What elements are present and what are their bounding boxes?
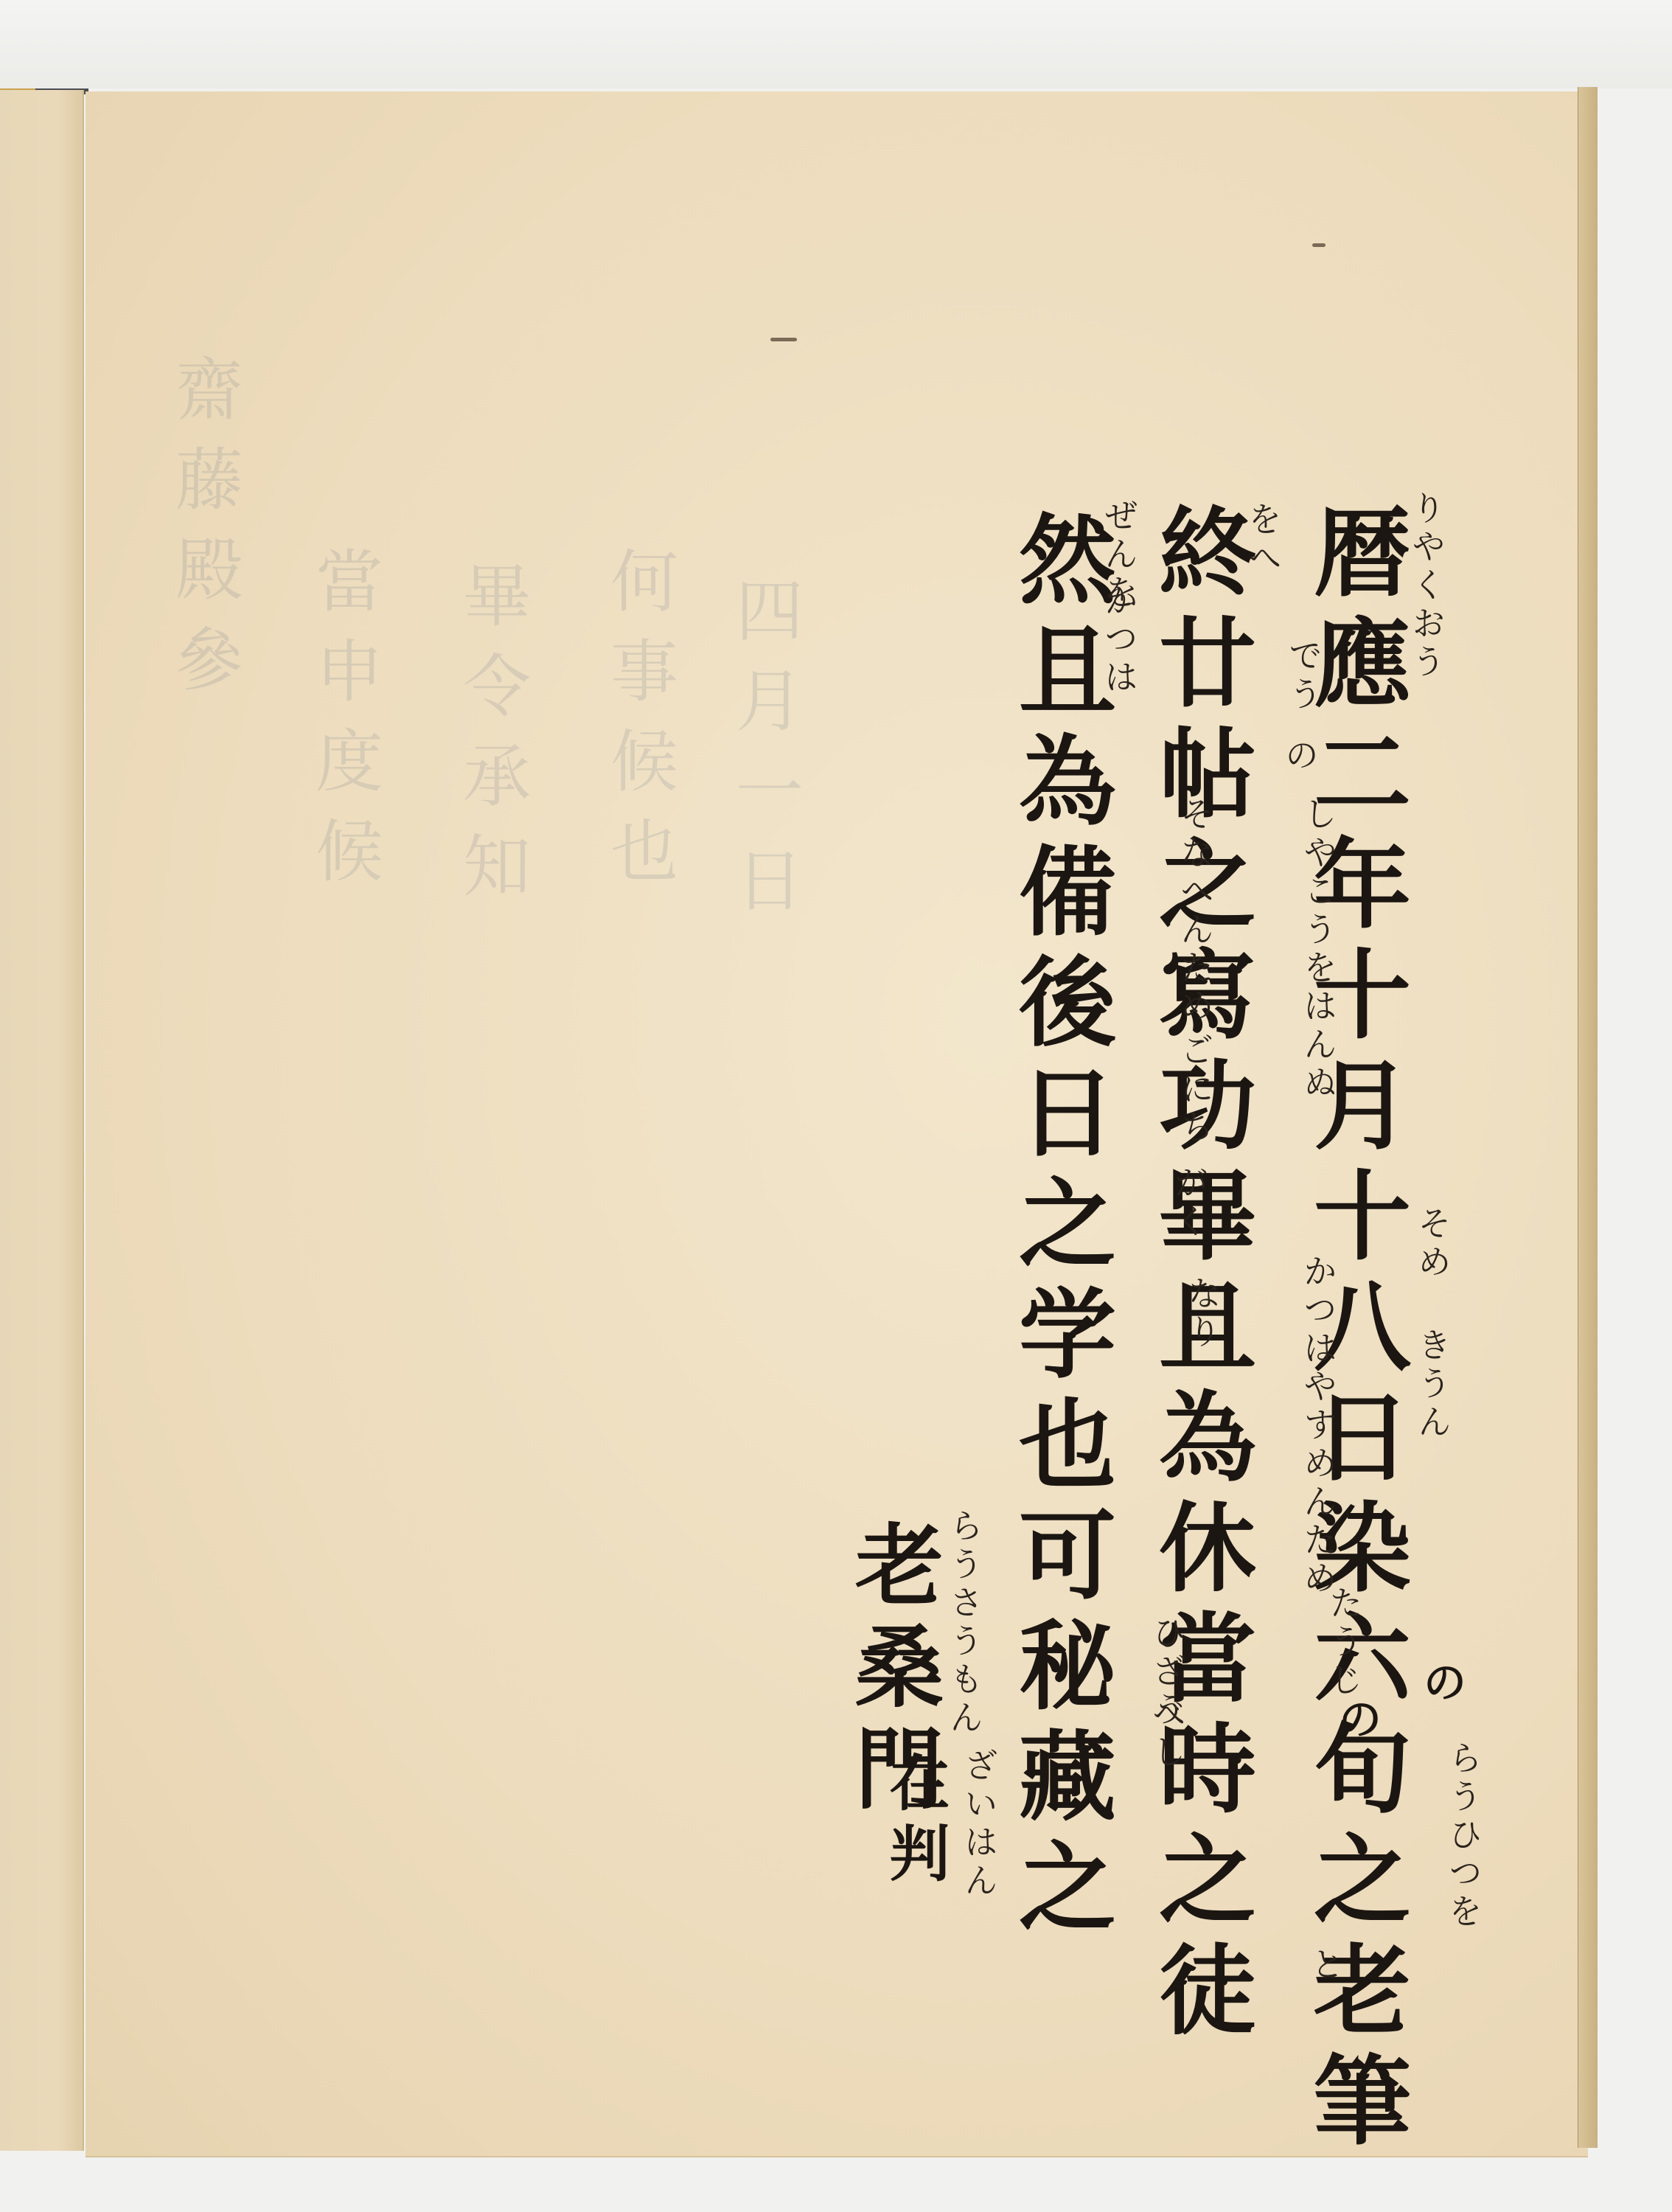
furigana-column-1-no: の [1419, 1659, 1463, 1714]
furigana-column-2-touji: たうじ [1327, 1585, 1361, 1700]
furigana-column-1-roppitsu: らうひつを [1446, 1740, 1480, 1932]
bleed-through-column: 畢令承知 [457, 560, 525, 920]
bleed-through-column: 齋藤殿參 [170, 354, 237, 714]
furigana-column-1-top: りやくおう [1410, 490, 1443, 682]
furigana-column-3-gonichi: ごにち [1178, 1032, 1212, 1147]
furigana-column-3-katsu: かつは [1102, 582, 1136, 698]
furigana-column-2-to: と [1309, 1947, 1342, 1985]
left-page-edge [0, 90, 84, 2151]
colophon-column-3: 然且為備後日之学也可秘藏之 [1010, 509, 1107, 1947]
furigana-column-2-jou: でう [1286, 638, 1320, 714]
furigana-column-2-yasumen: かつはやすめんため [1301, 1253, 1335, 1599]
photo-backdrop [0, 0, 1672, 88]
furigana-column-2-no: の [1283, 737, 1317, 776]
bleed-through-column: 何事候也 [605, 546, 672, 905]
furigana-column-3-nari: なり [1185, 1276, 1219, 1352]
furigana-column-2-owe: をへ [1246, 501, 1280, 578]
furigana-column-3-beshi: べし [1150, 1696, 1184, 1773]
paper-speck [1312, 243, 1326, 247]
furigana-column-1-some: そめ [1415, 1206, 1449, 1282]
signature-name-reading: らうさうもん [947, 1508, 981, 1738]
paper-speck [770, 338, 797, 341]
page-stack-edge [1578, 87, 1598, 2148]
furigana-column-1-jun: きうん [1415, 1327, 1449, 1442]
furigana-column-3-sonaen: そなへんため [1178, 796, 1212, 1026]
signature-seal-note-reading: ざいはん [962, 1747, 996, 1901]
signature-seal-note: 在判 [885, 1751, 945, 1893]
furigana-column-2-no2: の [1334, 1696, 1379, 1750]
furigana-column-2-shakou: しやこうをはんぬ [1301, 796, 1335, 1103]
bleed-through-column: 當申度候 [310, 546, 377, 905]
furigana-column-3-gaku: がく [1172, 1165, 1206, 1242]
bleed-through-column: 四月一日 [730, 575, 798, 935]
